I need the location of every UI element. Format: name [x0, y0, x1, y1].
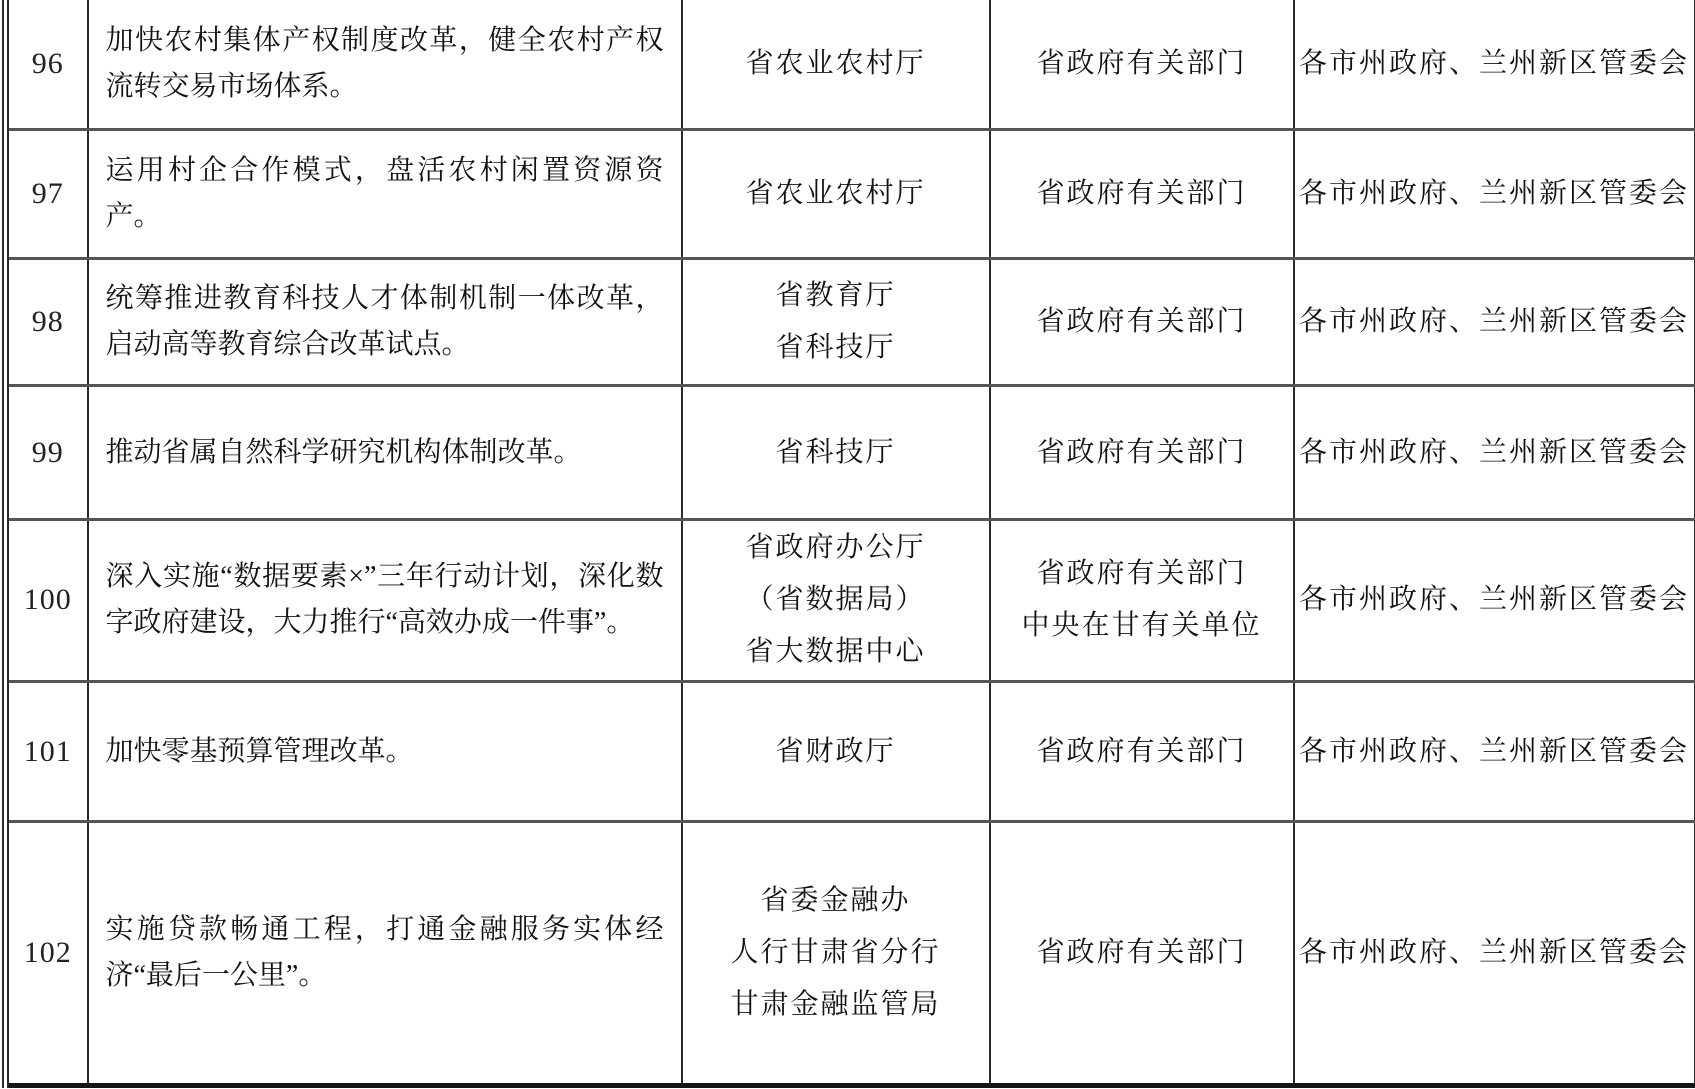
lead-department-cell: 省农业农村厅 [682, 0, 990, 129]
cooperating-department-cell: 省政府有关部门 [990, 0, 1294, 129]
implementing-department-cell: 各市州政府、兰州新区管委会 [1294, 386, 1695, 519]
implementing-department-cell: 各市州政府、兰州新区管委会 [1294, 129, 1695, 258]
row-number-cell: 97 [6, 129, 88, 258]
lead-department-cell: 省财政厅 [682, 682, 990, 822]
lead-department-cell: 省委金融办 人行甘肃省分行 甘肃金融监管局 [682, 822, 990, 1086]
lead-department-cell: 省教育厅 省科技厅 [682, 259, 990, 386]
task-assignment-table: 96 加快农村集体产权制度改革，健全农村产权流转交易市场体系。 省农业农村厅 省… [2, 0, 1695, 1088]
implementing-department-cell: 各市州政府、兰州新区管委会 [1294, 519, 1695, 681]
row-number-cell: 101 [6, 682, 88, 822]
task-cell: 运用村企合作模式，盘活农村闲置资源资产。 [88, 129, 682, 258]
cooperating-department-cell: 省政府有关部门 [990, 386, 1294, 519]
row-number-cell: 102 [6, 822, 88, 1086]
table-row: 101 加快零基预算管理改革。 省财政厅 省政府有关部门 各市州政府、兰州新区管… [6, 682, 1695, 822]
cooperating-department-cell: 省政府有关部门 [990, 129, 1294, 258]
task-cell: 推动省属自然科学研究机构体制改革。 [88, 386, 682, 519]
table-row: 100 深入实施“数据要素×”三年行动计划，深化数字政府建设，大力推行“高效办成… [6, 519, 1695, 681]
task-cell: 加快零基预算管理改革。 [88, 682, 682, 822]
implementing-department-cell: 各市州政府、兰州新区管委会 [1294, 682, 1695, 822]
implementing-department-cell: 各市州政府、兰州新区管委会 [1294, 0, 1695, 129]
table-row: 97 运用村企合作模式，盘活农村闲置资源资产。 省农业农村厅 省政府有关部门 各… [6, 129, 1695, 258]
implementing-department-cell: 各市州政府、兰州新区管委会 [1294, 259, 1695, 386]
lead-department-cell: 省科技厅 [682, 386, 990, 519]
table-row: 102 实施贷款畅通工程，打通金融服务实体经济“最后一公里”。 省委金融办 人行… [6, 822, 1695, 1086]
task-cell: 统筹推进教育科技人才体制机制一体改革，启动高等教育综合改革试点。 [88, 259, 682, 386]
row-number-cell: 98 [6, 259, 88, 386]
row-number-cell: 100 [6, 519, 88, 681]
table-row: 99 推动省属自然科学研究机构体制改革。 省科技厅 省政府有关部门 各市州政府、… [6, 386, 1695, 519]
cooperating-department-cell: 省政府有关部门 [990, 682, 1294, 822]
task-cell: 深入实施“数据要素×”三年行动计划，深化数字政府建设，大力推行“高效办成一件事”… [88, 519, 682, 681]
cooperating-department-cell: 省政府有关部门 中央在甘有关单位 [990, 519, 1294, 681]
cooperating-department-cell: 省政府有关部门 [990, 822, 1294, 1086]
task-cell: 加快农村集体产权制度改革，健全农村产权流转交易市场体系。 [88, 0, 682, 129]
implementing-department-cell: 各市州政府、兰州新区管委会 [1294, 822, 1695, 1086]
row-number-cell: 99 [6, 386, 88, 519]
table-row: 96 加快农村集体产权制度改革，健全农村产权流转交易市场体系。 省农业农村厅 省… [6, 0, 1695, 129]
table-row: 98 统筹推进教育科技人才体制机制一体改革，启动高等教育综合改革试点。 省教育厅… [6, 259, 1695, 386]
task-cell: 实施贷款畅通工程，打通金融服务实体经济“最后一公里”。 [88, 822, 682, 1086]
cooperating-department-cell: 省政府有关部门 [990, 259, 1294, 386]
lead-department-cell: 省政府办公厅 （省数据局） 省大数据中心 [682, 519, 990, 681]
lead-department-cell: 省农业农村厅 [682, 129, 990, 258]
row-number-cell: 96 [6, 0, 88, 129]
